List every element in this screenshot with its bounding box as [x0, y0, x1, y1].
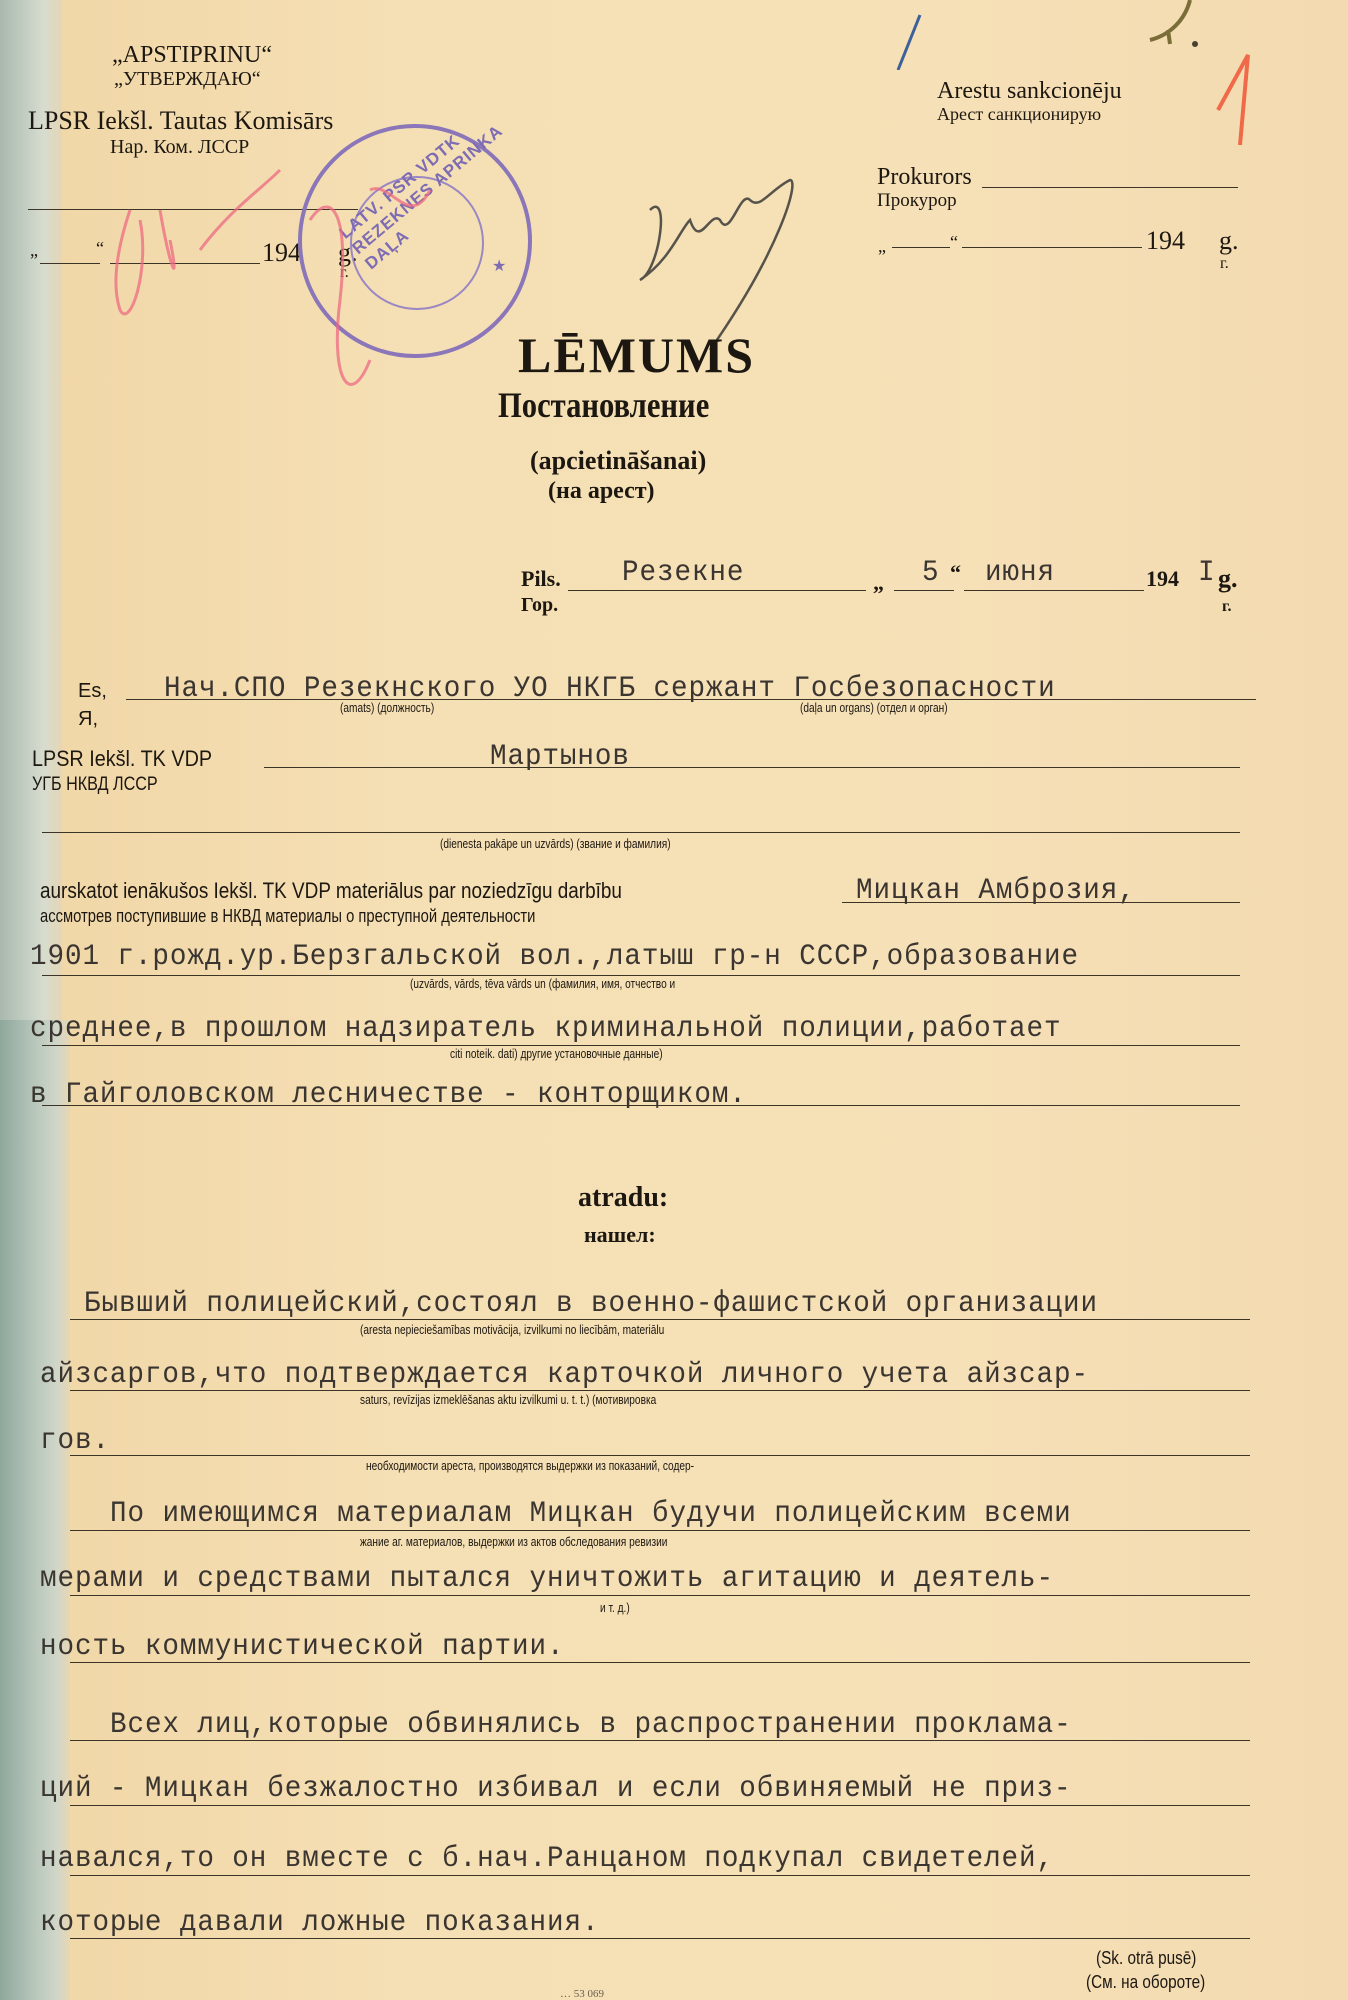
- red-signature-mark: [110, 150, 450, 430]
- date-quote-close: “: [96, 238, 104, 259]
- prosecutor-day-line: [892, 247, 950, 248]
- subject-hint-2: citi noteik. dati) другие установочные д…: [450, 1046, 663, 1061]
- document-title-lv: LĒMUMS: [518, 326, 755, 384]
- year-prefix: 194: [1146, 566, 1179, 592]
- found-text-3: гов.: [40, 1424, 110, 1458]
- red-number-mark: [1210, 50, 1260, 150]
- org-label-ru: УГБ НКВД ЛССР: [32, 774, 158, 796]
- found-text-8: ций - Мицкан безжалостно избивал и если …: [40, 1772, 1071, 1806]
- approve-ru: „УТВЕРЖДАЮ“: [114, 68, 261, 91]
- rank-hint: (dienesta pakāpe un uzvārds) (звание и ф…: [440, 836, 671, 851]
- officer-name-value: Мартынов: [490, 740, 630, 774]
- found-text-2: айзсаргов,что подтверждается карточкой л…: [40, 1358, 1089, 1392]
- prosecutor-month-line: [962, 247, 1142, 248]
- city-value: Резекне: [622, 556, 744, 590]
- found-hint-3: необходимости ареста, производятся выдер…: [366, 1458, 694, 1473]
- day-line: [894, 590, 954, 591]
- document-subtitle-ru: (на арест): [548, 478, 655, 505]
- year-suffix-lv: g.: [1218, 564, 1238, 594]
- date-quote-open: „: [30, 240, 38, 261]
- found-hint-1: (aresta nepieciešamības motivācija, izvi…: [360, 1322, 664, 1337]
- approve-lv: „APSTIPRINU“: [112, 42, 272, 69]
- day-quote-close: “: [950, 560, 961, 586]
- found-heading-lv: atradu:: [578, 1182, 668, 1214]
- found-hint-5: и т. д.): [600, 1600, 630, 1615]
- found-text-9: навался,то он вместе с б.нач.Ранцаном по…: [40, 1842, 1054, 1876]
- found-text-6: ность коммунистической партии.: [40, 1630, 564, 1664]
- department-hint: (daļa un organs) (отдел и орган): [800, 700, 948, 715]
- name-line: [264, 767, 1240, 768]
- prosecutor-date-quote-open: „: [878, 236, 886, 257]
- prosecutor-ru: Прокурор: [877, 190, 957, 212]
- found-text-1: Бывший полицейский,состоял в военно-фаши…: [84, 1287, 1098, 1321]
- rank-line: [42, 832, 1240, 833]
- found-line-3: [70, 1455, 1250, 1456]
- see-back-ru: (См. на обороте): [1086, 1972, 1205, 1993]
- year-suffix-ru: г.: [1222, 598, 1231, 616]
- star-icon: ★: [492, 256, 506, 276]
- position-hint: (amats) (должность): [340, 700, 434, 715]
- found-text-4: По имеющимся материалам Мицкан будучи по…: [110, 1497, 1072, 1531]
- city-line: [568, 590, 866, 591]
- prosecutor-lv: Prokurors: [877, 164, 972, 191]
- olive-number-mark: [1140, 0, 1200, 50]
- subject-details-3: в Гайголовском лесничестве - конторщиком…: [30, 1078, 747, 1112]
- pencil-signature: [630, 170, 830, 350]
- subject-hint-1: (uzvārds, vārds, tēva vārds un (фамилия,…: [410, 976, 675, 991]
- document-subtitle-lv: (apcietināšanai): [530, 446, 706, 476]
- see-back-lv: (Sk. otrā pusē): [1096, 1948, 1196, 1969]
- org-label-lv: LPSR Iekšl. TK VDP: [32, 746, 212, 772]
- month-value: июня: [985, 556, 1055, 590]
- city-label-ru: Гор.: [521, 594, 558, 617]
- subject-intro-ru: ассмотрев поступившие в НКВД материалы о…: [40, 906, 535, 927]
- day-value: 5: [922, 556, 939, 590]
- print-info: … 53 069: [560, 1988, 604, 2000]
- subject-details-1: 1901 г.рожд.ур.Берзгальской вол.,латыш г…: [30, 940, 1079, 974]
- i-label-ru: Я,: [78, 708, 98, 731]
- sanction-ru: Арест санкционирую: [937, 104, 1101, 125]
- prosecutor-year-prefix: 194: [1146, 226, 1185, 256]
- prosecutor-date-quote-close: “: [950, 232, 958, 253]
- blue-tick-mark: [890, 10, 930, 70]
- prosecutor-year-suffix-ru: г.: [1220, 255, 1229, 273]
- found-heading-ru: нашел:: [584, 1222, 656, 1248]
- prosecutor-signature-line: [982, 187, 1238, 188]
- document-title-ru: Постановление: [498, 384, 709, 426]
- month-line: [964, 590, 1144, 591]
- found-hint-2: saturs, revīzijas izmeklēšanas aktu izvi…: [360, 1392, 656, 1407]
- position-lv: LPSR Iekšl. Tautas Komisārs: [28, 106, 333, 136]
- day-line: [40, 263, 100, 264]
- year-value: I: [1198, 556, 1215, 590]
- found-hint-4: жание аг. материалов, выдержки из актов …: [360, 1534, 667, 1549]
- i-label-lv: Es,: [78, 680, 107, 703]
- subject-intro-lv: aurskatot ienākušos Iekšl. TK VDP materi…: [40, 878, 622, 904]
- subject-name-value: Мицкан Амброзия,: [856, 874, 1136, 908]
- found-text-10: которые давали ложные показания.: [40, 1906, 599, 1940]
- sanction-lv: Arestu sankcionēju: [937, 78, 1122, 105]
- city-label-lv: Pils.: [521, 566, 561, 592]
- day-quote-open: „: [873, 570, 884, 596]
- found-text-7: Всех лиц,которые обвинялись в распростра…: [110, 1708, 1072, 1742]
- prosecutor-year-suffix-lv: g.: [1219, 226, 1239, 256]
- found-text-5: мерами и средствами пытался уничтожить а…: [40, 1562, 1054, 1596]
- subject-details-2: среднее,в прошлом надзиратель криминальн…: [30, 1012, 1061, 1046]
